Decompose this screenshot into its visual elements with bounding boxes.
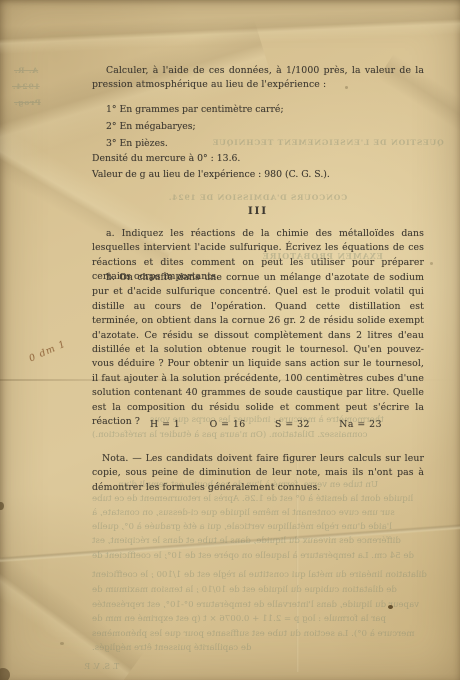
list-item-grammes: 1° En grammes par centimètre carré;	[106, 104, 284, 115]
corner-shadow	[0, 668, 10, 680]
ghost-verso-line: de 54 cm. La température à laquelle on o…	[92, 549, 414, 563]
question-b-paragraph: b. On chauffe dans une cornue un mélange…	[92, 271, 424, 429]
intro-paragraph: Calculer, à l'aide de ces données, à 1/1…	[92, 64, 424, 93]
scanned-exam-page: A. R. 1924. Prog. QUESTION DE L'ENSEIGNE…	[0, 0, 460, 680]
section-heading-iii: III	[92, 206, 424, 217]
ghost-caps-top-line: QUESTION DE L'ENSEIGNEMENT TECHNIQUE	[212, 136, 444, 150]
foxing-spot	[430, 262, 433, 265]
ghost-verso-line: sur une cuve contenant le même liquide q…	[92, 506, 395, 520]
crease-top-band	[0, 5, 460, 55]
ghost-verso-line: l'aide d'une règle métallique verticale,…	[92, 520, 392, 534]
ghost-verso-line: différence des niveaux du liquide, dans …	[92, 534, 401, 548]
ghost-verso-line: par la formule : log p = 2.11 + 0.0076 ×…	[92, 612, 386, 626]
atomic-masses-row: H = 1 O = 16 S = 32 Na = 23	[150, 419, 382, 430]
atomic-mass-na: Na = 23	[339, 419, 382, 430]
ghost-concours-line: CONCOURS D'ADMISSION DE 1924.	[168, 191, 347, 205]
ghost-verso-line: dilatation linéaire du métal qui constit…	[92, 568, 427, 582]
ghost-tsvp: T. S. V. P.	[84, 660, 119, 674]
foxing-spot	[60, 642, 64, 645]
density-line: Densité du mercure à 0° : 13.6.	[92, 153, 240, 164]
list-item-piezes: 3° En pièzes.	[106, 138, 168, 149]
nota-paragraph: Nota. — Les candidats doivent faire figu…	[92, 452, 424, 495]
ghost-corner-line: Prog.	[14, 96, 41, 110]
ghost-verso-line: vapeur du liquide, dans l'intervalle de …	[92, 598, 419, 612]
ghost-verso-line: de dilatation cubique du liquide est de …	[92, 583, 397, 597]
ghost-mid-line: connaissez. Dilatation. (On n'aura pas à…	[92, 428, 367, 442]
ghost-verso-line: mercure à 0°). La section du tube est su…	[92, 627, 414, 641]
handwritten-margin-mark: 0 dm 1	[27, 338, 67, 364]
list-item-megabaryes: 2° En mégabaryes;	[106, 121, 196, 132]
gravity-line: Valeur de g au lieu de l'expérience : 98…	[92, 169, 330, 180]
atomic-mass-s: S = 32	[275, 419, 310, 430]
atomic-mass-o: O = 16	[210, 419, 246, 430]
ghost-corner-line: A. R.	[14, 64, 38, 78]
ghost-corner-line: 1924.	[12, 80, 40, 94]
ghost-verso-line: de capillarité puissent être négligés.	[92, 641, 251, 655]
edge-mark	[0, 502, 4, 510]
atomic-mass-h: H = 1	[150, 419, 180, 430]
